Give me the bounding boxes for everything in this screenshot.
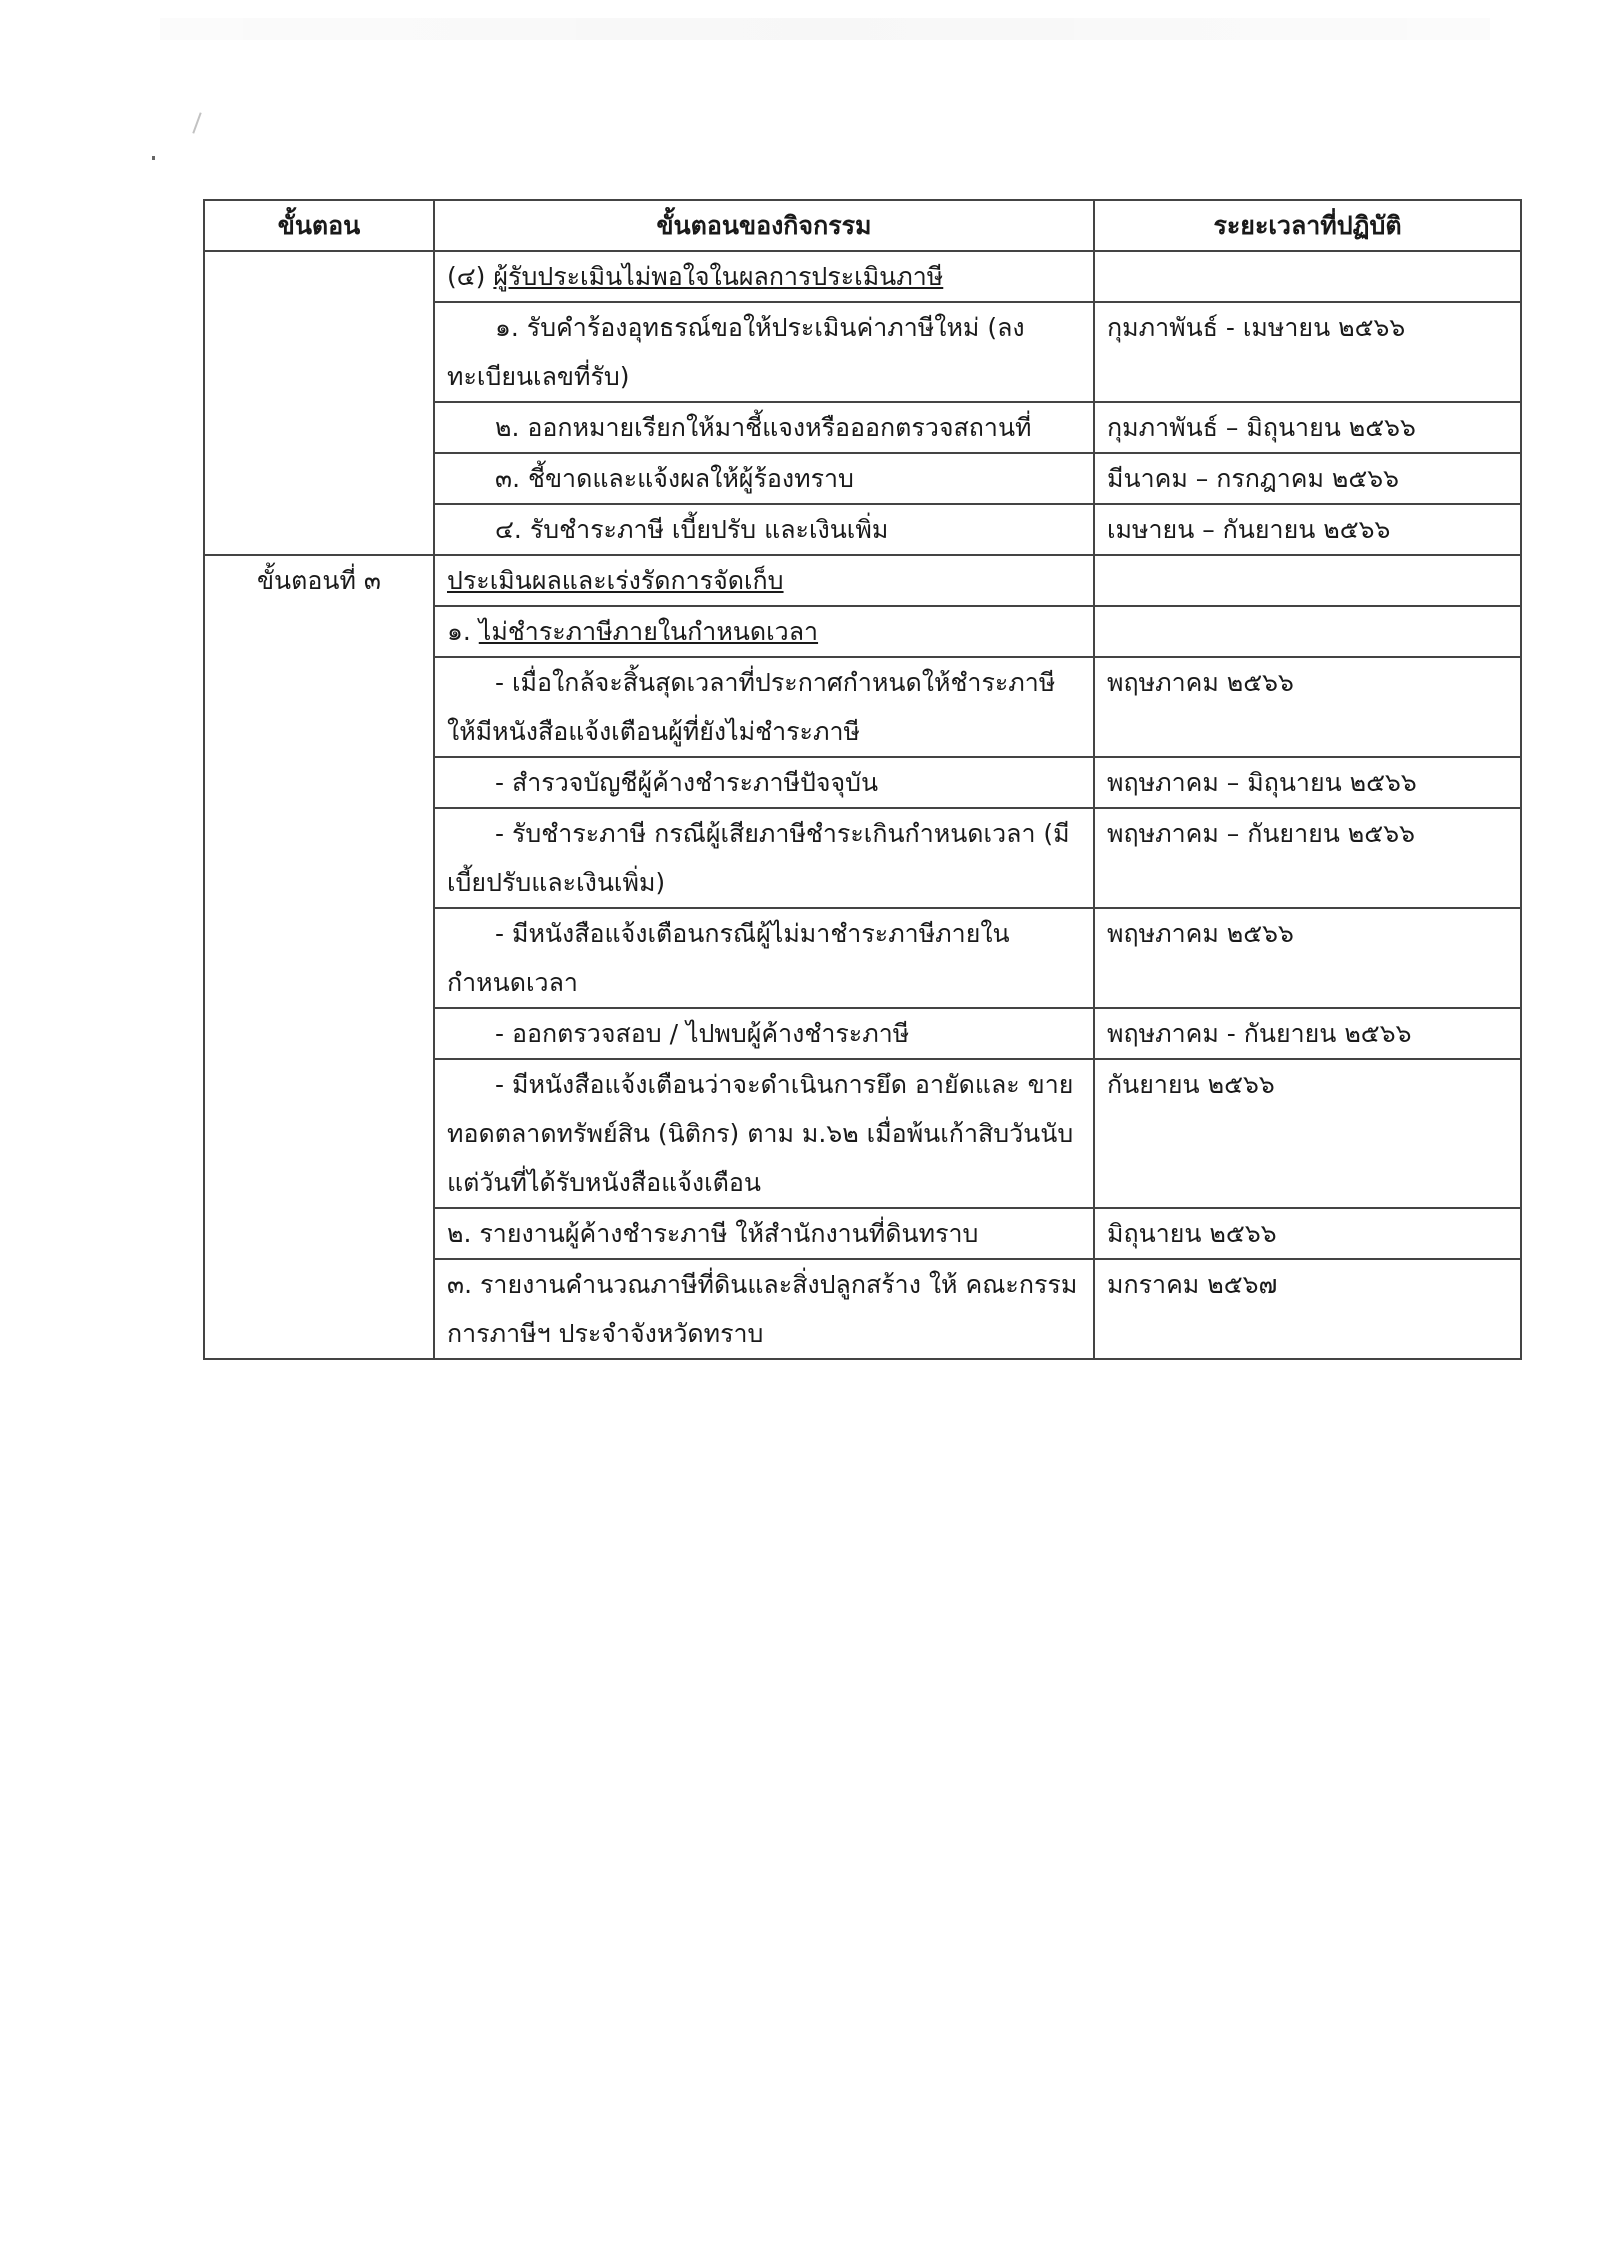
- scan-mark: [192, 112, 201, 133]
- subheading-text: ผู้รับประเมินไม่พอใจในผลการประเมินภาษี: [493, 262, 943, 291]
- activity-cell: ๑. รับคำร้องอุทธรณ์ขอให้ประเมินค่าภาษีให…: [434, 302, 1094, 402]
- activity-cell: ๒. ออกหมายเรียกให้มาชี้แจงหรือออกตรวจสถา…: [434, 402, 1094, 453]
- header-activity: ขั้นตอนของกิจกรรม: [434, 200, 1094, 251]
- table-row: (๔) ผู้รับประเมินไม่พอใจในผลการประเมินภา…: [204, 251, 1521, 302]
- activity-cell: ๓. ชี้ขาดและแจ้งผลให้ผู้ร้องทราบ: [434, 453, 1094, 504]
- activity-cell: - ออกตรวจสอบ / ไปพบผู้ค้างชำระภาษี: [434, 1008, 1094, 1059]
- item-heading: ไม่ชำระภาษีภายในกำหนดเวลา: [479, 617, 818, 646]
- period-cell: พฤษภาคม ๒๕๖๖: [1094, 908, 1521, 1008]
- period-cell: กันยายน ๒๕๖๖: [1094, 1059, 1521, 1208]
- period-cell: พฤษภาคม – มิถุนายน ๒๕๖๖: [1094, 757, 1521, 808]
- period-cell: กุมภาพันธ์ - เมษายน ๒๕๖๖: [1094, 302, 1521, 402]
- period-cell: มีนาคม – กรกฎาคม ๒๕๖๖: [1094, 453, 1521, 504]
- period-cell: [1094, 606, 1521, 657]
- section-heading: ประเมินผลและเร่งรัดการจัดเก็บ: [447, 566, 784, 595]
- item-number: ๑.: [447, 617, 479, 646]
- period-cell: พฤษภาคม - กันยายน ๒๕๖๖: [1094, 1008, 1521, 1059]
- activity-cell: - มีหนังสือแจ้งเตือนกรณีผู้ไม่มาชำระภาษี…: [434, 908, 1094, 1008]
- header-period: ระยะเวลาที่ปฏิบัติ: [1094, 200, 1521, 251]
- activity-cell: ประเมินผลและเร่งรัดการจัดเก็บ: [434, 555, 1094, 606]
- period-cell: [1094, 251, 1521, 302]
- activity-cell: - รับชำระภาษี กรณีผู้เสียภาษีชำระเกินกำห…: [434, 808, 1094, 908]
- header-stage: ขั้นตอน: [204, 200, 434, 251]
- scan-dot: [152, 156, 155, 160]
- stage-cell: ขั้นตอนที่ ๓: [204, 555, 434, 1359]
- period-cell: มิถุนายน ๒๕๖๖: [1094, 1208, 1521, 1259]
- activity-cell: - เมื่อใกล้จะสิ้นสุดเวลาที่ประกาศกำหนดให…: [434, 657, 1094, 757]
- stage-cell-empty: [204, 251, 434, 555]
- table-row: ขั้นตอนที่ ๓ ประเมินผลและเร่งรัดการจัดเก…: [204, 555, 1521, 606]
- activity-cell: ๑. ไม่ชำระภาษีภายในกำหนดเวลา: [434, 606, 1094, 657]
- period-cell: มกราคม ๒๕๖๗: [1094, 1259, 1521, 1359]
- activity-cell: ๒. รายงานผู้ค้างชำระภาษี ให้สำนักงานที่ด…: [434, 1208, 1094, 1259]
- activity-schedule-table: ขั้นตอน ขั้นตอนของกิจกรรม ระยะเวลาที่ปฏิ…: [203, 199, 1522, 1360]
- activity-cell: - มีหนังสือแจ้งเตือนว่าจะดำเนินการยึด อา…: [434, 1059, 1094, 1208]
- period-cell: กุมภาพันธ์ – มิถุนายน ๒๕๖๖: [1094, 402, 1521, 453]
- activity-cell: - สำรวจบัญชีผู้ค้างชำระภาษีปัจจุบัน: [434, 757, 1094, 808]
- activity-cell: (๔) ผู้รับประเมินไม่พอใจในผลการประเมินภา…: [434, 251, 1094, 302]
- period-cell: เมษายน – กันยายน ๒๕๖๖: [1094, 504, 1521, 555]
- activity-cell: ๓. รายงานคำนวณภาษีที่ดินและสิ่งปลูกสร้าง…: [434, 1259, 1094, 1359]
- scan-bleed-through: [160, 18, 1490, 40]
- period-cell: พฤษภาคม – กันยายน ๒๕๖๖: [1094, 808, 1521, 908]
- table-header-row: ขั้นตอน ขั้นตอนของกิจกรรม ระยะเวลาที่ปฏิ…: [204, 200, 1521, 251]
- document-page: ขั้นตอน ขั้นตอนของกิจกรรม ระยะเวลาที่ปฏิ…: [0, 0, 1600, 2263]
- period-cell: [1094, 555, 1521, 606]
- period-cell: พฤษภาคม ๒๕๖๖: [1094, 657, 1521, 757]
- activity-cell: ๔. รับชำระภาษี เบี้ยปรับ และเงินเพิ่ม: [434, 504, 1094, 555]
